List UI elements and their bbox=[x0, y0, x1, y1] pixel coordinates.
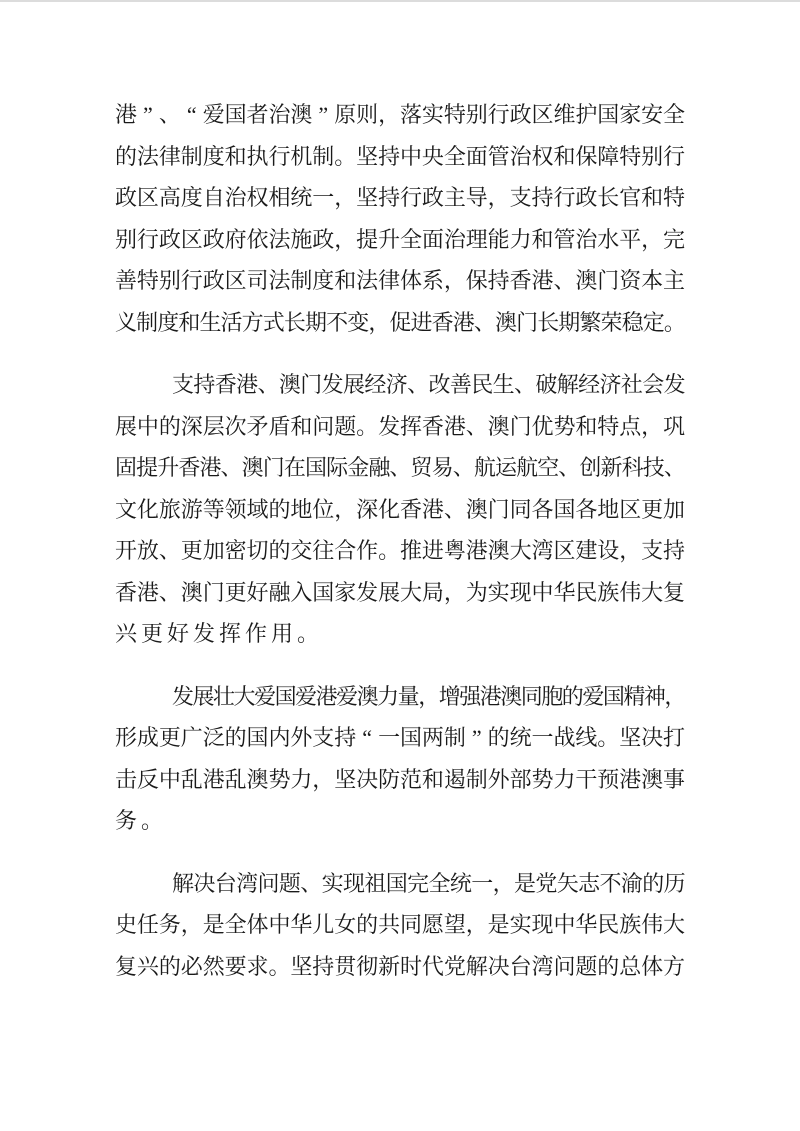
paragraph: 港”、“爱国者治澳”原则，落实特别行政区维护国家安全的法律制度和执行机制。坚持中… bbox=[115, 94, 685, 343]
text-line: 港”、“爱国者治澳”原则，落实特别行政区维护国家安全 bbox=[115, 94, 685, 136]
text-line: 务。 bbox=[115, 800, 685, 842]
text-line: 兴更好发挥作用。 bbox=[115, 613, 685, 655]
text-line: 固提升香港、澳门在国际金融、贸易、航运航空、创新科技、 bbox=[115, 447, 685, 489]
text-line: 击反中乱港乱澳势力，坚决防范和遏制外部势力干预港澳事 bbox=[115, 759, 685, 801]
text-line: 善特别行政区司法制度和法律体系，保持香港、澳门资本主 bbox=[115, 260, 685, 302]
text-line: 展中的深层次矛盾和问题。发挥香港、澳门优势和特点，巩 bbox=[115, 406, 685, 448]
document-text-block: 港”、“爱国者治澳”原则，落实特别行政区维护国家安全的法律制度和执行机制。坚持中… bbox=[115, 94, 685, 987]
text-line: 支持香港、澳门发展经济、改善民生、破解经济社会发 bbox=[115, 364, 685, 406]
text-line: 的法律制度和执行机制。坚持中央全面管治权和保障特别行 bbox=[115, 136, 685, 178]
text-line: 政区高度自治权相统一，坚持行政主导，支持行政长官和特 bbox=[115, 177, 685, 219]
text-line: 开放、更加密切的交往合作。推进粤港澳大湾区建设，支持 bbox=[115, 530, 685, 572]
text-line: 史任务，是全体中华儿女的共同愿望，是实现中华民族伟大 bbox=[115, 904, 685, 946]
paragraph: 发展壮大爱国爱港爱澳力量，增强港澳同胞的爱国精神，形成更广泛的国内外支持“一国两… bbox=[115, 676, 685, 842]
paragraph: 解决台湾问题、实现祖国完全统一，是党矢志不渝的历史任务，是全体中华儿女的共同愿望… bbox=[115, 863, 685, 988]
paragraph: 支持香港、澳门发展经济、改善民生、破解经济社会发展中的深层次矛盾和问题。发挥香港… bbox=[115, 364, 685, 655]
text-line: 别行政区政府依法施政，提升全面治理能力和管治水平，完 bbox=[115, 219, 685, 261]
text-line: 解决台湾问题、实现祖国完全统一，是党矢志不渝的历 bbox=[115, 863, 685, 905]
text-line: 香港、澳门更好融入国家发展大局，为实现中华民族伟大复 bbox=[115, 572, 685, 614]
text-line: 义制度和生活方式长期不变，促进香港、澳门长期繁荣稳定。 bbox=[115, 302, 685, 344]
document-page: 港”、“爱国者治澳”原则，落实特别行政区维护国家安全的法律制度和执行机制。坚持中… bbox=[0, 0, 800, 1131]
text-line: 形成更广泛的国内外支持“一国两制”的统一战线。坚决打 bbox=[115, 717, 685, 759]
text-line: 复兴的必然要求。坚持贯彻新时代党解决台湾问题的总体方 bbox=[115, 946, 685, 988]
text-line: 发展壮大爱国爱港爱澳力量，增强港澳同胞的爱国精神， bbox=[115, 676, 685, 718]
text-line: 文化旅游等领域的地位，深化香港、澳门同各国各地区更加 bbox=[115, 489, 685, 531]
